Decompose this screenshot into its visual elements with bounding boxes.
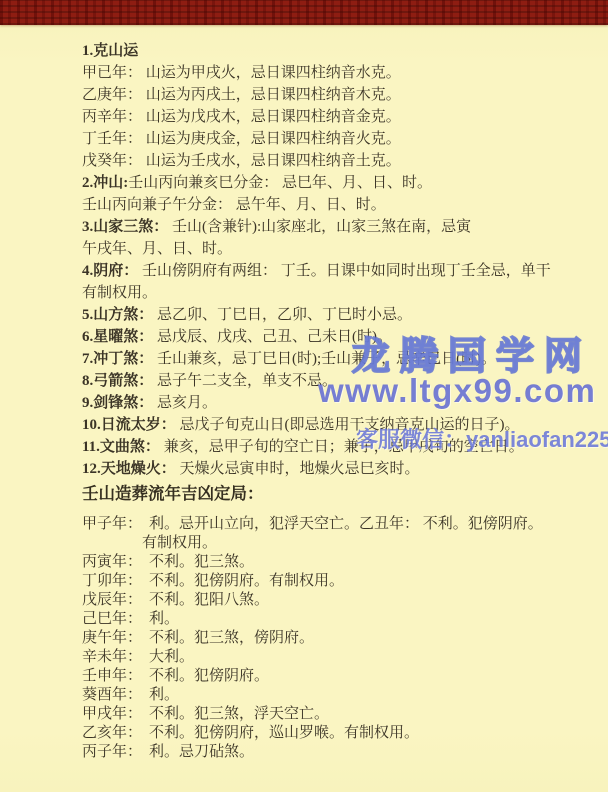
year-text: 有制权用。 [142, 535, 217, 551]
section-label: 10.日流太岁： [82, 417, 176, 433]
section-text: 丁壬年： 山运为庚戌金，忌日课四柱纳音火克。 [82, 131, 401, 147]
text-line: 5.山方煞： 忌乙卯、丁巳日，乙卯、丁巳时小忌。 [82, 304, 552, 326]
text-line: 3.山家三煞： 壬山(含兼针):山家座北，山家三煞在南，忌寅 [82, 216, 552, 238]
year-label: 丁卯年： [82, 573, 142, 589]
section-text: 忌乙卯、丁巳日，乙卯、丁巳时小忌。 [153, 307, 412, 323]
section-heading: 壬山造葬流年吉凶定局： [82, 483, 552, 505]
section-text: 天燥火忌寅申时，地燥火忌巳亥时。 [176, 461, 420, 477]
section-text: 壬山傍阴府有两组： 丁壬。日课中如同时出现丁壬全忌，单干 [138, 263, 551, 279]
text-line: 丙辛年： 山运为戊戌木，忌日课四柱纳音金克。 [82, 106, 552, 128]
year-text: 利。 [149, 687, 179, 703]
year-label: 葵酉年： [82, 687, 142, 703]
year-text: 利。忌开山立向，犯浮天空亡。乙丑年： 不利。犯傍阴府。 [149, 516, 543, 532]
year-line: 葵酉年：利。 [82, 686, 552, 705]
year-label: 甲子年： [82, 516, 142, 532]
decorative-border [0, 0, 608, 25]
text-line: 有制权用。 [82, 282, 552, 304]
section-text: 有制权用。 [82, 285, 157, 301]
year-label: 己巳年： [82, 611, 142, 627]
year-line: 丙子年：利。忌刀砧煞。 [82, 743, 552, 762]
section-label: 1.克山运 [82, 43, 138, 59]
year-line: 丁卯年：不利。犯傍阴府。有制权用。 [82, 572, 552, 591]
year-line: 庚午年：不利。犯三煞，傍阴府。 [82, 629, 552, 648]
section-label: 4.阴府： [82, 263, 138, 279]
year-text: 利。忌刀砧煞。 [149, 744, 254, 760]
section-label: 6.星曜煞： [82, 329, 153, 345]
section-text: 忌子午二支全，单支不忌。 [153, 373, 337, 389]
text-line: 4.阴府： 壬山傍阴府有两组： 丁壬。日课中如同时出现丁壬全忌，单干 [82, 260, 552, 282]
section-label: 8.弓箭煞： [82, 373, 153, 389]
year-label: 壬申年： [82, 668, 142, 684]
section-label: 12.天地燥火： [82, 461, 176, 477]
section-label: 3.山家三煞： [82, 219, 168, 235]
year-text: 大利。 [149, 649, 194, 665]
section-text: 丙辛年： 山运为戊戌木，忌日课四柱纳音金克。 [82, 109, 401, 125]
year-text: 不利。犯傍阴府，巡山罗喉。有制权用。 [149, 725, 419, 741]
text-line: 1.克山运 [82, 40, 552, 62]
text-line: 丁壬年： 山运为庚戌金，忌日课四柱纳音火克。 [82, 128, 552, 150]
section-text: 壬山(含兼针):山家座北，山家三煞在南，忌寅 [168, 219, 471, 235]
section-label: 9.剑锋煞： [82, 395, 153, 411]
section-text: 壬山丙向兼亥巳分金： 忌巳年、月、日、时。 [128, 175, 432, 191]
section-label: 2.冲山: [82, 175, 128, 191]
text-line: 乙庚年： 山运为丙戌土，忌日课四柱纳音木克。 [82, 84, 552, 106]
year-line: 戊辰年：不利。犯阳八煞。 [82, 591, 552, 610]
year-label: 甲戌年： [82, 706, 142, 722]
year-text: 不利。犯傍阴府。有制权用。 [149, 573, 344, 589]
text-line: 12.天地燥火： 天燥火忌寅申时，地燥火忌巳亥时。 [82, 458, 552, 480]
year-line: 乙亥年：不利。犯傍阴府，巡山罗喉。有制权用。 [82, 724, 552, 743]
rules-section: 1.克山运甲已年： 山运为甲戌火，忌日课四柱纳音水克。乙庚年： 山运为丙戌土，忌… [82, 40, 552, 480]
year-line: 己巳年：利。 [82, 610, 552, 629]
year-text: 不利。犯三煞，浮天空亡。 [149, 706, 329, 722]
year-label: 辛未年： [82, 649, 142, 665]
text-line: 午戌年、月、日、时。 [82, 238, 552, 260]
year-label: 丙寅年： [82, 554, 142, 570]
year-text: 不利。犯三煞，傍阴府。 [149, 630, 314, 646]
year-label: 戊辰年： [82, 592, 142, 608]
watermark-contact: 客服微信：yanliaofan225 [356, 423, 608, 454]
section-text: 壬山丙向兼子午分金： 忌午年、月、日、时。 [82, 197, 386, 213]
year-line: 有制权用。 [142, 534, 552, 553]
year-text: 不利。犯阳八煞。 [149, 592, 269, 608]
year-fortune-list: 甲子年：利。忌开山立向，犯浮天空亡。乙丑年： 不利。犯傍阴府。有制权用。丙寅年：… [82, 515, 552, 762]
year-label: 丙子年： [82, 744, 142, 760]
year-text: 不利。犯三煞。 [149, 554, 254, 570]
year-line: 甲子年：利。忌开山立向，犯浮天空亡。乙丑年： 不利。犯傍阴府。 [82, 515, 552, 534]
section-label: 11.文曲煞： [82, 439, 160, 455]
section-text: 甲已年： 山运为甲戌火，忌日课四柱纳音水克。 [82, 65, 401, 81]
section-text: 忌亥月。 [153, 395, 217, 411]
year-text: 利。 [149, 611, 179, 627]
text-line: 戊癸年： 山运为壬戌水，忌日课四柱纳音土克。 [82, 150, 552, 172]
watermark-site-url: www.ltgx99.com [318, 372, 596, 410]
text-line: 2.冲山:壬山丙向兼亥巳分金： 忌巳年、月、日、时。 [82, 172, 552, 194]
section-text: 午戌年、月、日、时。 [82, 241, 232, 257]
year-line: 甲戌年：不利。犯三煞，浮天空亡。 [82, 705, 552, 724]
year-label: 乙亥年： [82, 725, 142, 741]
section-text: 戊癸年： 山运为壬戌水，忌日课四柱纳音土克。 [82, 153, 401, 169]
year-line: 辛未年：大利。 [82, 648, 552, 667]
scanned-page: 1.克山运甲已年： 山运为甲戌火，忌日课四柱纳音水克。乙庚年： 山运为丙戌土，忌… [0, 0, 608, 792]
text-line: 甲已年： 山运为甲戌火，忌日课四柱纳音水克。 [82, 62, 552, 84]
year-label: 庚午年： [82, 630, 142, 646]
year-line: 壬申年：不利。犯傍阴府。 [82, 667, 552, 686]
text-line: 壬山丙向兼子午分金： 忌午年、月、日、时。 [82, 194, 552, 216]
section-label: 5.山方煞： [82, 307, 153, 323]
section-label: 7.冲丁煞： [82, 351, 153, 367]
section-text: 乙庚年： 山运为丙戌土，忌日课四柱纳音木克。 [82, 87, 401, 103]
year-line: 丙寅年：不利。犯三煞。 [82, 553, 552, 572]
year-text: 不利。犯傍阴府。 [149, 668, 269, 684]
